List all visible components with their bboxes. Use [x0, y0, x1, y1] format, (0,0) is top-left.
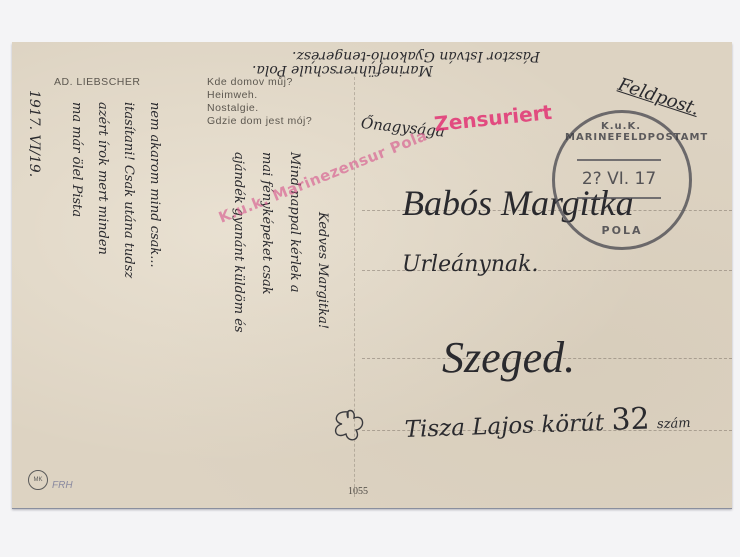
- postmark-location: POLA: [555, 224, 689, 237]
- card-number: 1055: [348, 486, 368, 497]
- house-suffix: szám: [657, 416, 691, 432]
- sender-line-2: Marineführerschule Pola.: [252, 62, 433, 78]
- message-line: azért írok mert minden: [95, 102, 110, 255]
- message-line: mai fényképeket csak: [259, 152, 274, 295]
- title-german: Heimweh.: [207, 89, 312, 102]
- message-line: Mind nappal kérlek a: [287, 152, 302, 293]
- collector-mark: FRH: [52, 480, 73, 491]
- publisher-name: AD. LIEBSCHER: [54, 76, 140, 88]
- house-number: 32: [611, 401, 650, 437]
- printed-title-block: Kde domov můj? Heimweh. Nostalgie. Gdzie…: [207, 76, 312, 128]
- message-date: 1917. VI/19.: [26, 90, 42, 177]
- censor-stamp: Zensuriert: [433, 100, 553, 136]
- recipient-title: Urleánynak.: [402, 252, 538, 277]
- publisher-logo-icon: MK: [28, 470, 48, 490]
- signature-flourish-icon: [328, 406, 368, 446]
- message-line: itasítani! Csak utána tudsz: [121, 102, 136, 278]
- message-greeting: Kedves Margitka!: [315, 212, 330, 329]
- street-address: Tisza Lajos körút 32 szám: [404, 400, 691, 445]
- postcard: AD. LIEBSCHER Kde domov můj? Heimweh. No…: [12, 42, 732, 508]
- message-line: ma már ölel Pista: [69, 102, 84, 217]
- city: Szeged.: [442, 332, 575, 383]
- postmark-date: 2? VI. 17: [577, 159, 661, 199]
- message-line: nem akarom mind csak...: [147, 102, 162, 268]
- street-name: Tisza Lajos körút: [404, 410, 604, 443]
- title-polish: Gdzie dom jest mój?: [207, 115, 312, 128]
- postmark-ring-text: K.u.K. MARINEFELDPOSTAMT: [565, 121, 677, 143]
- title-french: Nostalgie.: [207, 102, 312, 115]
- postmark: K.u.K. MARINEFELDPOSTAMT 2? VI. 17 POLA: [552, 110, 692, 250]
- message-line: ajándék gyanánt küldöm és: [231, 152, 246, 333]
